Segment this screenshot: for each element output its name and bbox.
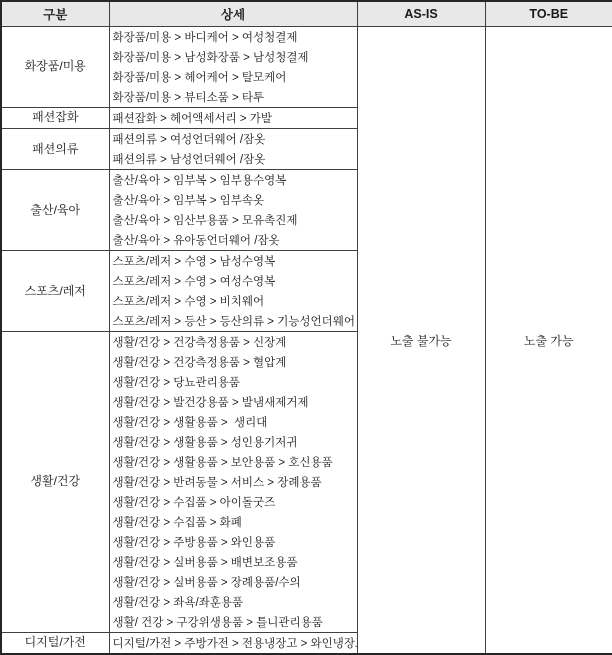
detail-cell: 생활/건강 > 생활용품 > 생리대 <box>109 412 357 432</box>
col-header-category: 구분 <box>1 1 109 27</box>
detail-cell: 생활/건강 > 좌욕/좌훈용품 <box>109 592 357 612</box>
tobe-cell: 노출 가능 <box>485 27 612 655</box>
col-header-tobe: TO-BE <box>485 1 612 27</box>
detail-cell: 패션잡화 > 헤어액세서리 > 가발 <box>109 108 357 129</box>
detail-cell: 스포츠/레저 > 수영 > 남성수영복 <box>109 251 357 272</box>
group-cell-maternity: 출산/육아 <box>1 170 109 251</box>
detail-cell: 화장품/미용 > 바디케어 > 여성청결제 <box>109 27 357 48</box>
detail-cell: 생활/건강 > 수집품 > 아이돌굿즈 <box>109 492 357 512</box>
detail-cell: 패션의류 > 여성언더웨어 /잠옷 <box>109 129 357 150</box>
detail-cell: 출산/육아 > 임부복 > 임부속옷 <box>109 190 357 210</box>
detail-cell: 화장품/미용 > 뷰티소품 > 타투 <box>109 87 357 108</box>
detail-cell: 디지털/가전 > 주방가전 > 전용냉장고 > 와인냉장고 <box>109 632 357 654</box>
detail-cell: 생활/건강 > 당뇨관리용품 <box>109 372 357 392</box>
group-cell-fashion-goods: 패션잡화 <box>1 108 109 129</box>
detail-cell: 생활/건강 > 반려동물 > 서비스 > 장례용품 <box>109 472 357 492</box>
detail-cell: 생활/건강 > 실버용품 > 장례용품/수의 <box>109 572 357 592</box>
detail-cell: 생활/ 건강 > 구강위생용품 > 틀니관리용품 <box>109 612 357 633</box>
table-row: 화장품/미용 화장품/미용 > 바디케어 > 여성청결제 노출 불가능 노출 가… <box>1 27 612 48</box>
category-mapping-table: 구분 상세 AS-IS TO-BE 화장품/미용 화장품/미용 > 바디케어 >… <box>0 0 612 655</box>
detail-cell: 생활/건강 > 생활용품 > 성인용기저귀 <box>109 432 357 452</box>
detail-cell: 생활/건강 > 발건강용품 > 발냄새제거제 <box>109 392 357 412</box>
detail-cell: 화장품/미용 > 헤어케어 > 탈모케어 <box>109 67 357 87</box>
detail-cell: 생활/건강 > 주방용품 > 와인용품 <box>109 532 357 552</box>
detail-cell: 화장품/미용 > 남성화장품 > 남성청결제 <box>109 47 357 67</box>
group-cell-life-health: 생활/건강 <box>1 332 109 632</box>
detail-cell: 생활/건강 > 실버용품 > 배변보조용품 <box>109 552 357 572</box>
detail-cell: 생활/건강 > 건강측정용품 > 혈압계 <box>109 352 357 372</box>
group-cell-sports-leisure: 스포츠/레저 <box>1 251 109 332</box>
detail-cell: 스포츠/레저 > 수영 > 비치웨어 <box>109 291 357 311</box>
col-header-asis: AS-IS <box>357 1 485 27</box>
col-header-detail: 상세 <box>109 1 357 27</box>
header-row: 구분 상세 AS-IS TO-BE <box>1 1 612 27</box>
group-cell-fashion-clothing: 패션의류 <box>1 129 109 170</box>
detail-cell: 생활/건강 > 수집품 > 화폐 <box>109 512 357 532</box>
asis-cell: 노출 불가능 <box>357 27 485 655</box>
detail-cell: 스포츠/레저 > 등산 > 등산의류 > 기능성언더웨어 <box>109 311 357 332</box>
detail-cell: 생활/건강 > 생활용품 > 보안용품 > 호신용품 <box>109 452 357 472</box>
detail-cell: 패션의류 > 남성언더웨어 /잠옷 <box>109 149 357 170</box>
category-mapping-table-container: 구분 상세 AS-IS TO-BE 화장품/미용 화장품/미용 > 바디케어 >… <box>0 0 612 655</box>
detail-cell: 스포츠/레저 > 수영 > 여성수영복 <box>109 271 357 291</box>
group-cell-cosmetics: 화장품/미용 <box>1 27 109 108</box>
detail-cell: 출산/육아 > 유아동언더웨어 /잠옷 <box>109 230 357 251</box>
detail-cell: 생활/건강 > 건강측정용품 > 신장계 <box>109 332 357 353</box>
detail-cell: 출산/육아 > 임부복 > 임부용수영복 <box>109 170 357 191</box>
detail-cell: 출산/육아 > 임산부용품 > 모유촉진제 <box>109 210 357 230</box>
group-cell-digital-appliance: 디지털/가전 <box>1 632 109 654</box>
